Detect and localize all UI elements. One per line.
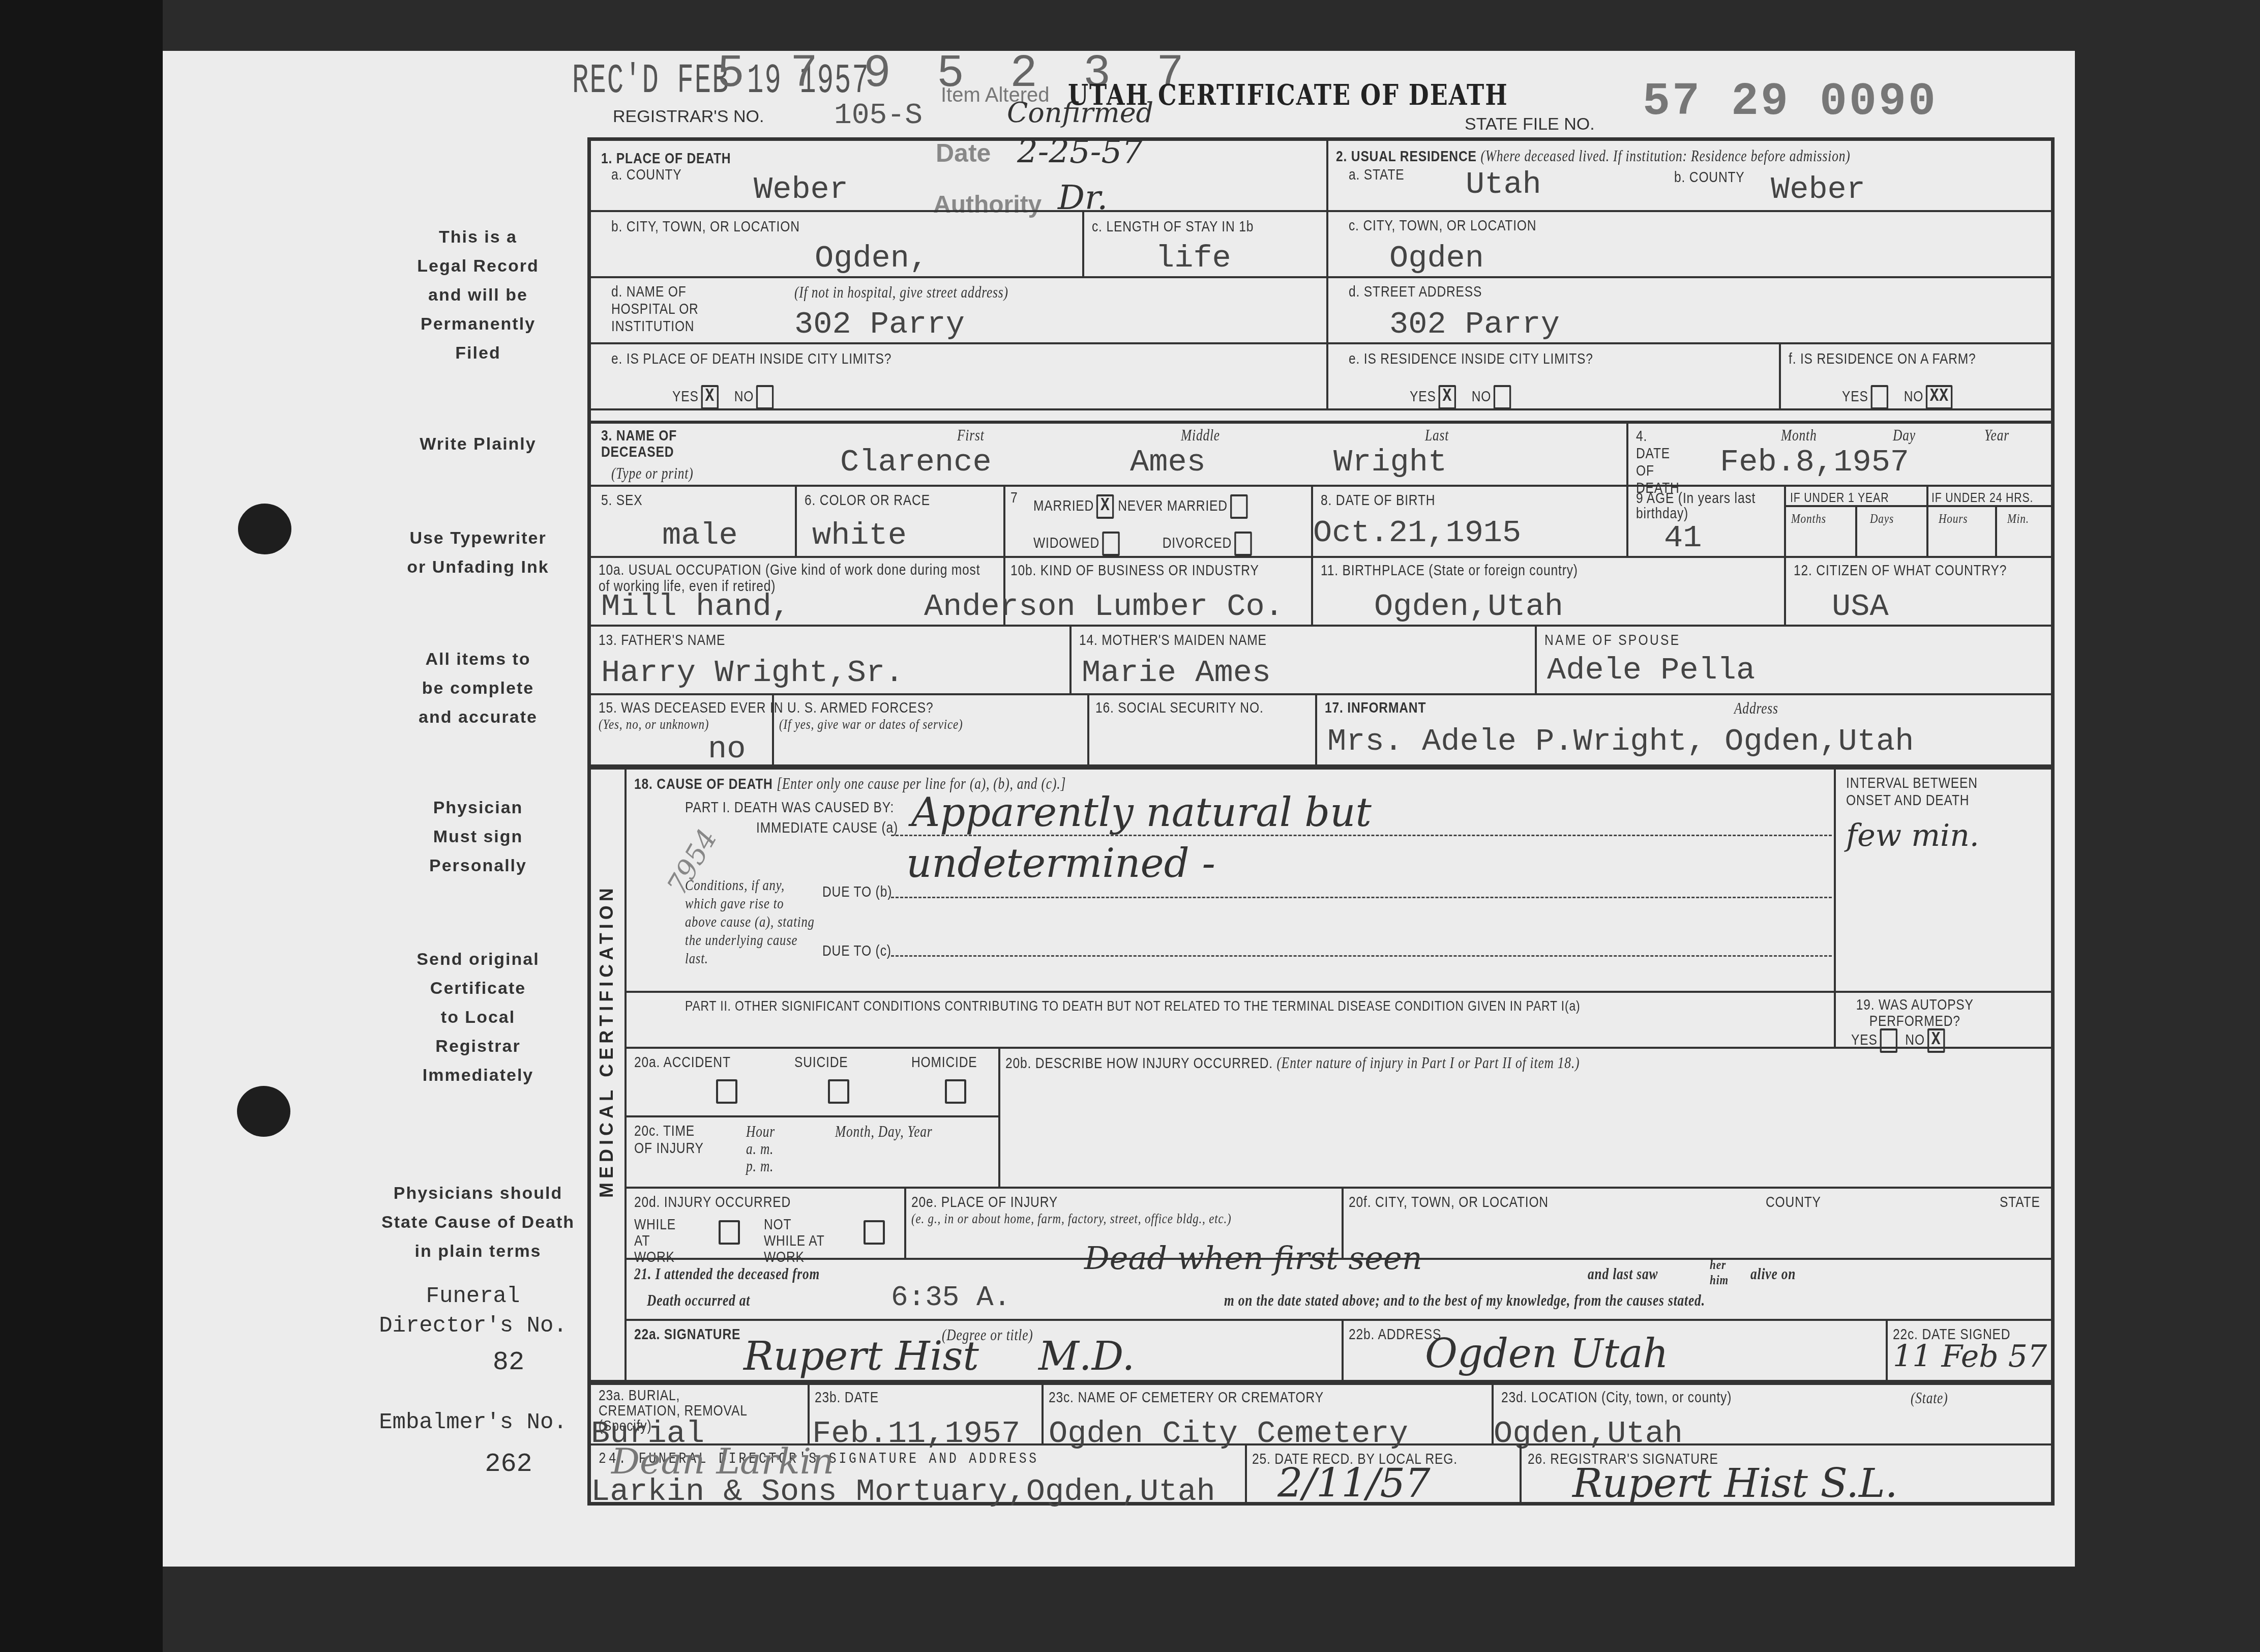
month-label: Month	[1781, 426, 1817, 445]
under-1-year-header: IF UNDER 1 YEAR	[1786, 487, 1928, 507]
residence-farm-options: YES NOXX	[1842, 385, 1953, 409]
widowed-checkbox[interactable]	[1102, 532, 1119, 556]
residence-inside-city-no-checkbox[interactable]	[1494, 385, 1511, 409]
certificate-form: 1. PLACE OF DEATH a. COUNTY Weber b. CIT…	[587, 137, 2055, 1506]
death-time-value: 6:35 A.	[891, 1281, 1010, 1314]
field-length-of-stay[interactable]: c. LENGTH OF STAY IN 1b life	[1084, 212, 1328, 278]
spouse-name-value: Adele Pella	[1547, 652, 1755, 688]
field-age-months[interactable]: Months	[1786, 507, 1857, 558]
embalmer-no: 262	[458, 1450, 559, 1479]
field-deceased-name[interactable]: 3. NAME OF DECEASED (Type or print) Firs…	[591, 421, 1628, 487]
under-24-hrs-header: IF UNDER 24 HRS.	[1928, 487, 2055, 507]
am-label: a. m.	[746, 1140, 774, 1158]
residence-inside-city-label: e. IS RESIDENCE INSIDE CITY LIMITS?	[1349, 350, 1593, 368]
him-label: him	[1710, 1273, 1729, 1288]
field-death-inside-city[interactable]: e. IS PLACE OF DEATH INSIDE CITY LIMITS?…	[591, 344, 1328, 410]
yes-label: YES	[1410, 388, 1436, 405]
field-death-county[interactable]: 1. PLACE OF DEATH a. COUNTY Weber	[591, 141, 1328, 212]
field-citizenship[interactable]: 12. CITIZEN OF WHAT COUNTRY? USA	[1786, 558, 2055, 627]
autopsy-label: 19. WAS AUTOPSY PERFORMED?	[1846, 997, 1984, 1029]
not-while-at-work-label: NOT WHILE AT WORK	[764, 1217, 830, 1265]
hospital-label: d. NAME OF HOSPITAL OR INSTITUTION	[611, 283, 736, 335]
not-while-at-work-checkbox[interactable]	[864, 1220, 885, 1245]
disposition-state-label: (State)	[1911, 1389, 1948, 1407]
no-label: NO	[1904, 388, 1924, 405]
state-file-no-label: STATE FILE NO.	[1465, 114, 1595, 134]
residence-farm-yes-checkbox[interactable]	[1871, 385, 1888, 409]
field-residence-street[interactable]: d. STREET ADDRESS 302 Parry	[1328, 278, 2055, 344]
field-interval[interactable]: INTERVAL BETWEEN ONSET AND DEATH few min…	[1836, 766, 2055, 993]
months-label: Months	[1791, 511, 1826, 526]
field-residence-farm[interactable]: f. IS RESIDENCE ON A FARM? YES NOXX	[1781, 344, 2055, 410]
day-label: Day	[1893, 426, 1916, 445]
interval-value: few min.	[1846, 818, 1979, 853]
last-saw-label: and last saw	[1588, 1265, 1658, 1283]
days-label: Days	[1870, 511, 1894, 526]
injury-city-label: 20f. CITY, TOWN, OR LOCATION	[1349, 1194, 1549, 1211]
physician-address: Ogden Utah	[1425, 1331, 1669, 1377]
scan-background-left	[0, 0, 163, 1652]
field-armed-forces[interactable]: 15. WAS DECEASED EVER IN U. S. ARMED FOR…	[591, 695, 774, 766]
field-business[interactable]: 10b. KIND OF BUSINESS OR INDUSTRY Anders…	[1005, 558, 1313, 627]
field-registrar-signature[interactable]: 26. REGISTRAR'S SIGNATURE Rupert Hist S.…	[1522, 1445, 2055, 1506]
length-of-stay-label: c. LENGTH OF STAY IN 1b	[1092, 218, 1254, 235]
punch-hole	[238, 504, 291, 554]
divorced-label: DIVORCED	[1163, 535, 1232, 551]
hours-label: Hours	[1939, 511, 1968, 526]
last-name-value: Wright	[1333, 444, 1447, 480]
residence-inside-city-yes-checkbox[interactable]: X	[1439, 385, 1456, 409]
married-label: MARRIED	[1033, 497, 1094, 514]
business-label: 10b. KIND OF BUSINESS OR INDUSTRY	[1010, 562, 1259, 579]
cause-of-death-label: 18. CAUSE OF DEATH	[634, 776, 773, 792]
field-part2[interactable]: PART II. OTHER SIGNIFICANT CONDITIONS CO…	[627, 993, 1836, 1049]
due-to-b-label: DUE TO (b)	[822, 883, 892, 901]
widowed-label: WIDOWED	[1033, 535, 1099, 551]
yes-label: YES	[672, 388, 699, 405]
hospital-value: 302 Parry	[794, 306, 965, 342]
residence-state-label: a. STATE	[1349, 166, 1405, 184]
residence-farm-label: f. IS RESIDENCE ON A FARM?	[1789, 350, 1976, 368]
first-name-label: First	[957, 426, 985, 445]
field-physician-address[interactable]: 22b. ADDRESS Ogden Utah	[1344, 1321, 1888, 1382]
suicide-checkbox[interactable]	[828, 1079, 849, 1104]
field-physician-signature[interactable]: 22a. SIGNATURE (Degree or title) Rupert …	[627, 1321, 1344, 1382]
funeral-director-no: 82	[458, 1348, 559, 1377]
age-value: 41	[1664, 520, 1702, 556]
date-signed-value: 11 Feb 57	[1893, 1339, 2047, 1374]
residence-county-label: b. COUNTY	[1674, 169, 1745, 186]
physician-degree: M.D.	[1038, 1334, 1135, 1379]
due-to-c-label: DUE TO (c)	[822, 942, 891, 960]
field-service-dates[interactable]: (If yes, give war or dates of service)	[774, 695, 1089, 766]
field-residence-city[interactable]: c. CITY, TOWN, OR LOCATION Ogden	[1328, 212, 2055, 278]
residence-city-label: c. CITY, TOWN, OR LOCATION	[1349, 217, 1536, 234]
informant-label: 17. INFORMANT	[1325, 699, 1426, 717]
sidebar-note-write-plainly: Write Plainly	[376, 430, 580, 459]
race-value: white	[812, 517, 907, 553]
while-at-work-label: WHILE AT WORK	[634, 1217, 693, 1265]
marital-status-number: 7	[1010, 489, 1018, 507]
date-of-birth-value: Oct.21,1915	[1313, 515, 1521, 551]
ssn-label: 16. SOCIAL SECURITY NO.	[1095, 699, 1264, 717]
yes-label: YES	[1851, 1031, 1878, 1048]
field-disposition-date[interactable]: 23b. DATE Feb.11,1957	[810, 1382, 1044, 1445]
usual-residence-label: 2. USUAL RESIDENCE	[1336, 148, 1477, 165]
punch-hole	[237, 1086, 290, 1137]
length-of-stay-value: life	[1155, 240, 1231, 276]
place-of-injury-hint: (e. g., in or about home, farm, factory,…	[911, 1211, 1231, 1227]
year-label: Year	[1984, 426, 2009, 445]
place-of-death-label: 1. PLACE OF DEATH	[601, 150, 731, 167]
no-label: NO	[734, 388, 754, 405]
field-ssn[interactable]: 16. SOCIAL SECURITY NO.	[1089, 695, 1317, 766]
field-disposition[interactable]: 23a. BURIAL, CREMATION, REMOVAL (Specify…	[591, 1382, 810, 1445]
signature-label: 22a. SIGNATURE	[634, 1326, 740, 1343]
field-age-hours[interactable]: Hours	[1928, 507, 1997, 558]
residence-state-value: Utah	[1466, 166, 1541, 202]
under-24-hrs-label: IF UNDER 24 HRS.	[1931, 490, 2033, 506]
due-to-b-line[interactable]	[891, 897, 1832, 898]
deceased-name-hint: (Type or print)	[611, 464, 694, 483]
injury-county-label: COUNTY	[1766, 1194, 1821, 1211]
while-at-work-checkbox[interactable]	[719, 1220, 740, 1245]
field-date-of-death[interactable]: 4. DATE OF DEATH Month Day Year Feb.8,19…	[1628, 421, 2055, 487]
embalmer-no-label: Embalmer's No.	[366, 1408, 580, 1437]
field-birthplace[interactable]: 11. BIRTHPLACE (State or foreign country…	[1313, 558, 1786, 627]
sidebar-note-legal-record: This is a Legal Record and will be Perma…	[376, 223, 580, 368]
death-city-value: Ogden,	[815, 240, 928, 276]
residence-street-label: d. STREET ADDRESS	[1349, 283, 1482, 301]
alive-on-label: alive on	[1750, 1265, 1796, 1283]
place-of-injury-label: 20e. PLACE OF INJURY	[911, 1194, 1328, 1211]
funeral-director-no-label: Funeral Director's No.	[366, 1282, 580, 1341]
widowed-option: WIDOWED DIVORCED	[1033, 532, 1252, 556]
last-name-label: Last	[1425, 426, 1449, 445]
death-occurred-label: Death occurred at	[647, 1291, 750, 1310]
date-received-value: 2/11/57	[1277, 1461, 1431, 1507]
spouse-name-label: NAME OF SPOUSE	[1544, 632, 1680, 649]
death-county-label: a. COUNTY	[611, 166, 682, 184]
field-mother-name[interactable]: 14. MOTHER'S MAIDEN NAME Marie Ames	[1072, 627, 1537, 695]
field-cemetery[interactable]: 23c. NAME OF CEMETERY OR CREMATORY Ogden…	[1044, 1382, 1494, 1445]
describe-injury-hint: (Enter nature of injury in Part I or Par…	[1277, 1054, 1580, 1072]
attended-from-value: Dead when first seen	[1084, 1240, 1422, 1277]
part2-label: PART II. OTHER SIGNIFICANT CONDITIONS CO…	[685, 998, 1580, 1014]
under-1-year-label: IF UNDER 1 YEAR	[1790, 490, 1889, 506]
hospital-hint: (If not in hospital, give street address…	[794, 283, 1008, 302]
registrar-signature: Rupert Hist S.L.	[1572, 1461, 1898, 1507]
residence-inside-city-options: YESX NO	[1410, 385, 1511, 409]
month-day-year-label: Month, Day, Year	[835, 1123, 933, 1141]
field-informant[interactable]: 17. INFORMANT Address Mrs. Adele P.Wrigh…	[1317, 695, 2055, 766]
time-of-injury-label: 20c. TIME OF INJURY	[634, 1123, 705, 1157]
field-autopsy[interactable]: 19. WAS AUTOPSY PERFORMED? YES NOX	[1836, 993, 2055, 1049]
death-time-suffix: m on the date stated above; and to the b…	[1224, 1291, 1705, 1310]
field-funeral-director[interactable]: 24. FUNERAL DIRECTOR'S SIGNATURE AND ADD…	[591, 1445, 1247, 1506]
conditions-hint: Conditions, if any, which gave rise to a…	[685, 876, 818, 968]
deceased-name-label: 3. NAME OF DECEASED	[601, 428, 693, 460]
field-date-received[interactable]: 25. DATE RECD. BY LOCAL REG. 2/11/57	[1247, 1445, 1522, 1506]
immediate-cause-value: Apparently natural but	[911, 790, 1372, 836]
field-sex[interactable]: 5. SEX male	[591, 487, 797, 558]
field-race[interactable]: 6. COLOR OR RACE white	[797, 487, 1005, 558]
certificate-title: UTAH CERTIFICATE OF DEATH	[1068, 79, 1508, 112]
field-attendance[interactable]: 21. I attended the deceased from Dead wh…	[627, 1260, 2055, 1321]
describe-injury-label: 20b. DESCRIBE HOW INJURY OCCURRED.	[1005, 1055, 1273, 1072]
death-inside-city-label: e. IS PLACE OF DEATH INSIDE CITY LIMITS?	[611, 350, 891, 368]
due-to-c-line[interactable]	[891, 955, 1832, 957]
married-option: MARRIEDX NEVER MARRIED	[1033, 494, 1247, 519]
injury-state-label: STATE	[2000, 1194, 2040, 1211]
death-inside-city-yes-checkbox[interactable]: X	[701, 385, 719, 409]
middle-name-label: Middle	[1181, 426, 1220, 445]
sidebar-note-typewriter: Use Typewriter or Unfading Ink	[376, 524, 580, 582]
field-date-signed[interactable]: 22c. DATE SIGNED 11 Feb 57	[1888, 1321, 2055, 1382]
informant-address-label: Address	[1734, 699, 1778, 718]
mother-name-label: 14. MOTHER'S MAIDEN NAME	[1079, 632, 1267, 649]
date-of-birth-label: 8. DATE OF BIRTH	[1321, 492, 1435, 509]
immediate-cause-value-line2: undetermined -	[906, 841, 1215, 887]
age-label: 9 AGE (In years last birthday)	[1636, 491, 1757, 521]
father-name-value: Harry Wright,Sr.	[601, 655, 904, 691]
immediate-cause-label: IMMEDIATE CAUSE (a)	[756, 819, 898, 837]
field-age-minutes[interactable]: Min.	[1997, 507, 2055, 558]
field-residence-inside-city[interactable]: e. IS RESIDENCE INSIDE CITY LIMITS? YESX…	[1328, 344, 1781, 410]
death-county-value: Weber	[754, 171, 848, 208]
field-age[interactable]: 9 AGE (In years last birthday) 41	[1628, 487, 1786, 558]
never-married-label: NEVER MARRIED	[1118, 497, 1228, 514]
field-age-days[interactable]: Days	[1857, 507, 1928, 558]
death-inside-city-no-checkbox[interactable]	[756, 385, 774, 409]
usual-residence-hint: (Where deceased lived. If institution: R…	[1480, 147, 1850, 165]
part1-label: PART I. DEATH WAS CAUSED BY:	[685, 799, 894, 816]
field-death-city[interactable]: b. CITY, TOWN, OR LOCATION Ogden,	[591, 212, 1084, 278]
date-of-death-value: Feb.8,1957	[1720, 444, 1909, 480]
field-date-of-birth[interactable]: 8. DATE OF BIRTH Oct.21,1915	[1313, 487, 1628, 558]
field-marital-status[interactable]: 7 MARRIEDX NEVER MARRIED WIDOWED DIVORCE…	[1005, 487, 1313, 558]
birthplace-label: 11. BIRTHPLACE (State or foreign country…	[1321, 562, 1578, 579]
interval-label: INTERVAL BETWEEN ONSET AND DEATH	[1846, 775, 1996, 809]
race-label: 6. COLOR OR RACE	[805, 492, 930, 509]
registrars-no-label: REGISTRAR'S NO.	[613, 107, 764, 127]
pm-label: p. m.	[746, 1157, 774, 1175]
business-value: Anderson Lumber Co.	[924, 588, 1284, 625]
disposition-location-label: 23d. LOCATION (City, town, or county)	[1501, 1389, 1732, 1406]
physician-signature: Rupert Hist	[744, 1334, 979, 1379]
sidebar-note-complete: All items to be complete and accurate	[376, 645, 580, 732]
field-time-of-injury[interactable]: 20c. TIME OF INJURY Hour a. m. p. m. Mon…	[627, 1117, 1000, 1189]
suicide-label: SUICIDE	[794, 1054, 848, 1071]
sex-value: male	[662, 517, 738, 553]
residence-street-value: 302 Parry	[1389, 306, 1560, 342]
service-dates-hint: (If yes, give war or dates of service)	[779, 717, 963, 733]
disposition-date-label: 23b. DATE	[815, 1389, 879, 1406]
field-injury-location[interactable]: 20f. CITY, TOWN, OR LOCATION COUNTY STAT…	[1344, 1189, 2055, 1260]
field-injury-at-work[interactable]: 20d. INJURY OCCURRED WHILE AT WORK NOT W…	[627, 1189, 906, 1260]
no-label: NO	[1472, 388, 1492, 405]
death-inside-city-options: YESX NO	[672, 385, 774, 409]
first-name-value: Clarence	[840, 444, 992, 480]
death-city-label: b. CITY, TOWN, OR LOCATION	[611, 218, 800, 235]
divorced-checkbox[interactable]	[1234, 532, 1252, 556]
citizenship-label: 12. CITIZEN OF WHAT COUNTRY?	[1794, 562, 2007, 579]
accident-label: 20a. ACCIDENT	[634, 1054, 731, 1071]
birthplace-value: Ogden,Utah	[1374, 588, 1563, 625]
sidebar-note-send-original: Send original Certificate to Local Regis…	[376, 945, 580, 1090]
her-label: her	[1710, 1257, 1726, 1273]
hour-label: Hour	[746, 1123, 775, 1141]
no-label: NO	[1905, 1031, 1925, 1048]
field-spouse-name[interactable]: NAME OF SPOUSE Adele Pella	[1537, 627, 2055, 695]
mother-name-value: Marie Ames	[1082, 655, 1271, 691]
sidebar-note-physician-sign: Physician Must sign Personally	[376, 793, 580, 880]
sex-label: 5. SEX	[601, 492, 643, 509]
informant-value: Mrs. Adele P.Wright, Ogden,Utah	[1327, 723, 1914, 759]
father-name-label: 13. FATHER'S NAME	[599, 632, 725, 649]
sidebar-note-cause-plain: Physicians should State Cause of Death i…	[376, 1179, 580, 1266]
armed-forces-value: no	[708, 731, 746, 767]
middle-name-value: Ames	[1130, 444, 1206, 480]
field-disposition-location[interactable]: 23d. LOCATION (City, town, or county) (S…	[1494, 1382, 2055, 1445]
married-checkbox[interactable]: X	[1096, 494, 1114, 519]
never-married-checkbox[interactable]	[1230, 494, 1247, 519]
field-injury-description[interactable]: 20b. DESCRIBE HOW INJURY OCCURRED. (Ente…	[1000, 1049, 2055, 1189]
homicide-label: HOMICIDE	[911, 1054, 977, 1071]
field-cause-of-death[interactable]: 18. CAUSE OF DEATH [Enter only one cause…	[627, 766, 1836, 993]
min-label: Min.	[2007, 511, 2029, 526]
citizenship-value: USA	[1832, 588, 1889, 625]
field-father-name[interactable]: 13. FATHER'S NAME Harry Wright,Sr.	[591, 627, 1072, 695]
state-file-no: 57 29 0090	[1643, 76, 1938, 128]
accident-checkbox[interactable]	[716, 1079, 737, 1104]
registrars-no: 105-S	[834, 99, 923, 132]
field-hospital[interactable]: d. NAME OF HOSPITAL OR INSTITUTION (If n…	[591, 278, 1328, 344]
yes-label: YES	[1842, 388, 1868, 405]
residence-county-value: Weber	[1771, 171, 1865, 208]
medical-certification-label: MEDICAL CERTIFICATION	[596, 884, 617, 1198]
occupation-value: Mill hand,	[601, 588, 790, 625]
funeral-director-value: Larkin & Sons Mortuary,Ogden,Utah	[591, 1473, 1215, 1510]
homicide-checkbox[interactable]	[945, 1079, 966, 1104]
cemetery-label: 23c. NAME OF CEMETERY OR CREMATORY	[1049, 1389, 1324, 1406]
injury-occurred-label: 20d. INJURY OCCURRED	[634, 1194, 791, 1211]
attended-label: 21. I attended the deceased from	[634, 1265, 820, 1283]
residence-city-value: Ogden	[1389, 240, 1484, 276]
field-residence-state-county[interactable]: 2. USUAL RESIDENCE (Where deceased lived…	[1328, 141, 2055, 212]
armed-forces-hint: (Yes, no, or unknown)	[599, 717, 709, 733]
field-injury-type[interactable]: 20a. ACCIDENT SUICIDE HOMICIDE	[627, 1049, 1000, 1117]
residence-farm-no-checkbox[interactable]: XX	[1926, 385, 1952, 409]
